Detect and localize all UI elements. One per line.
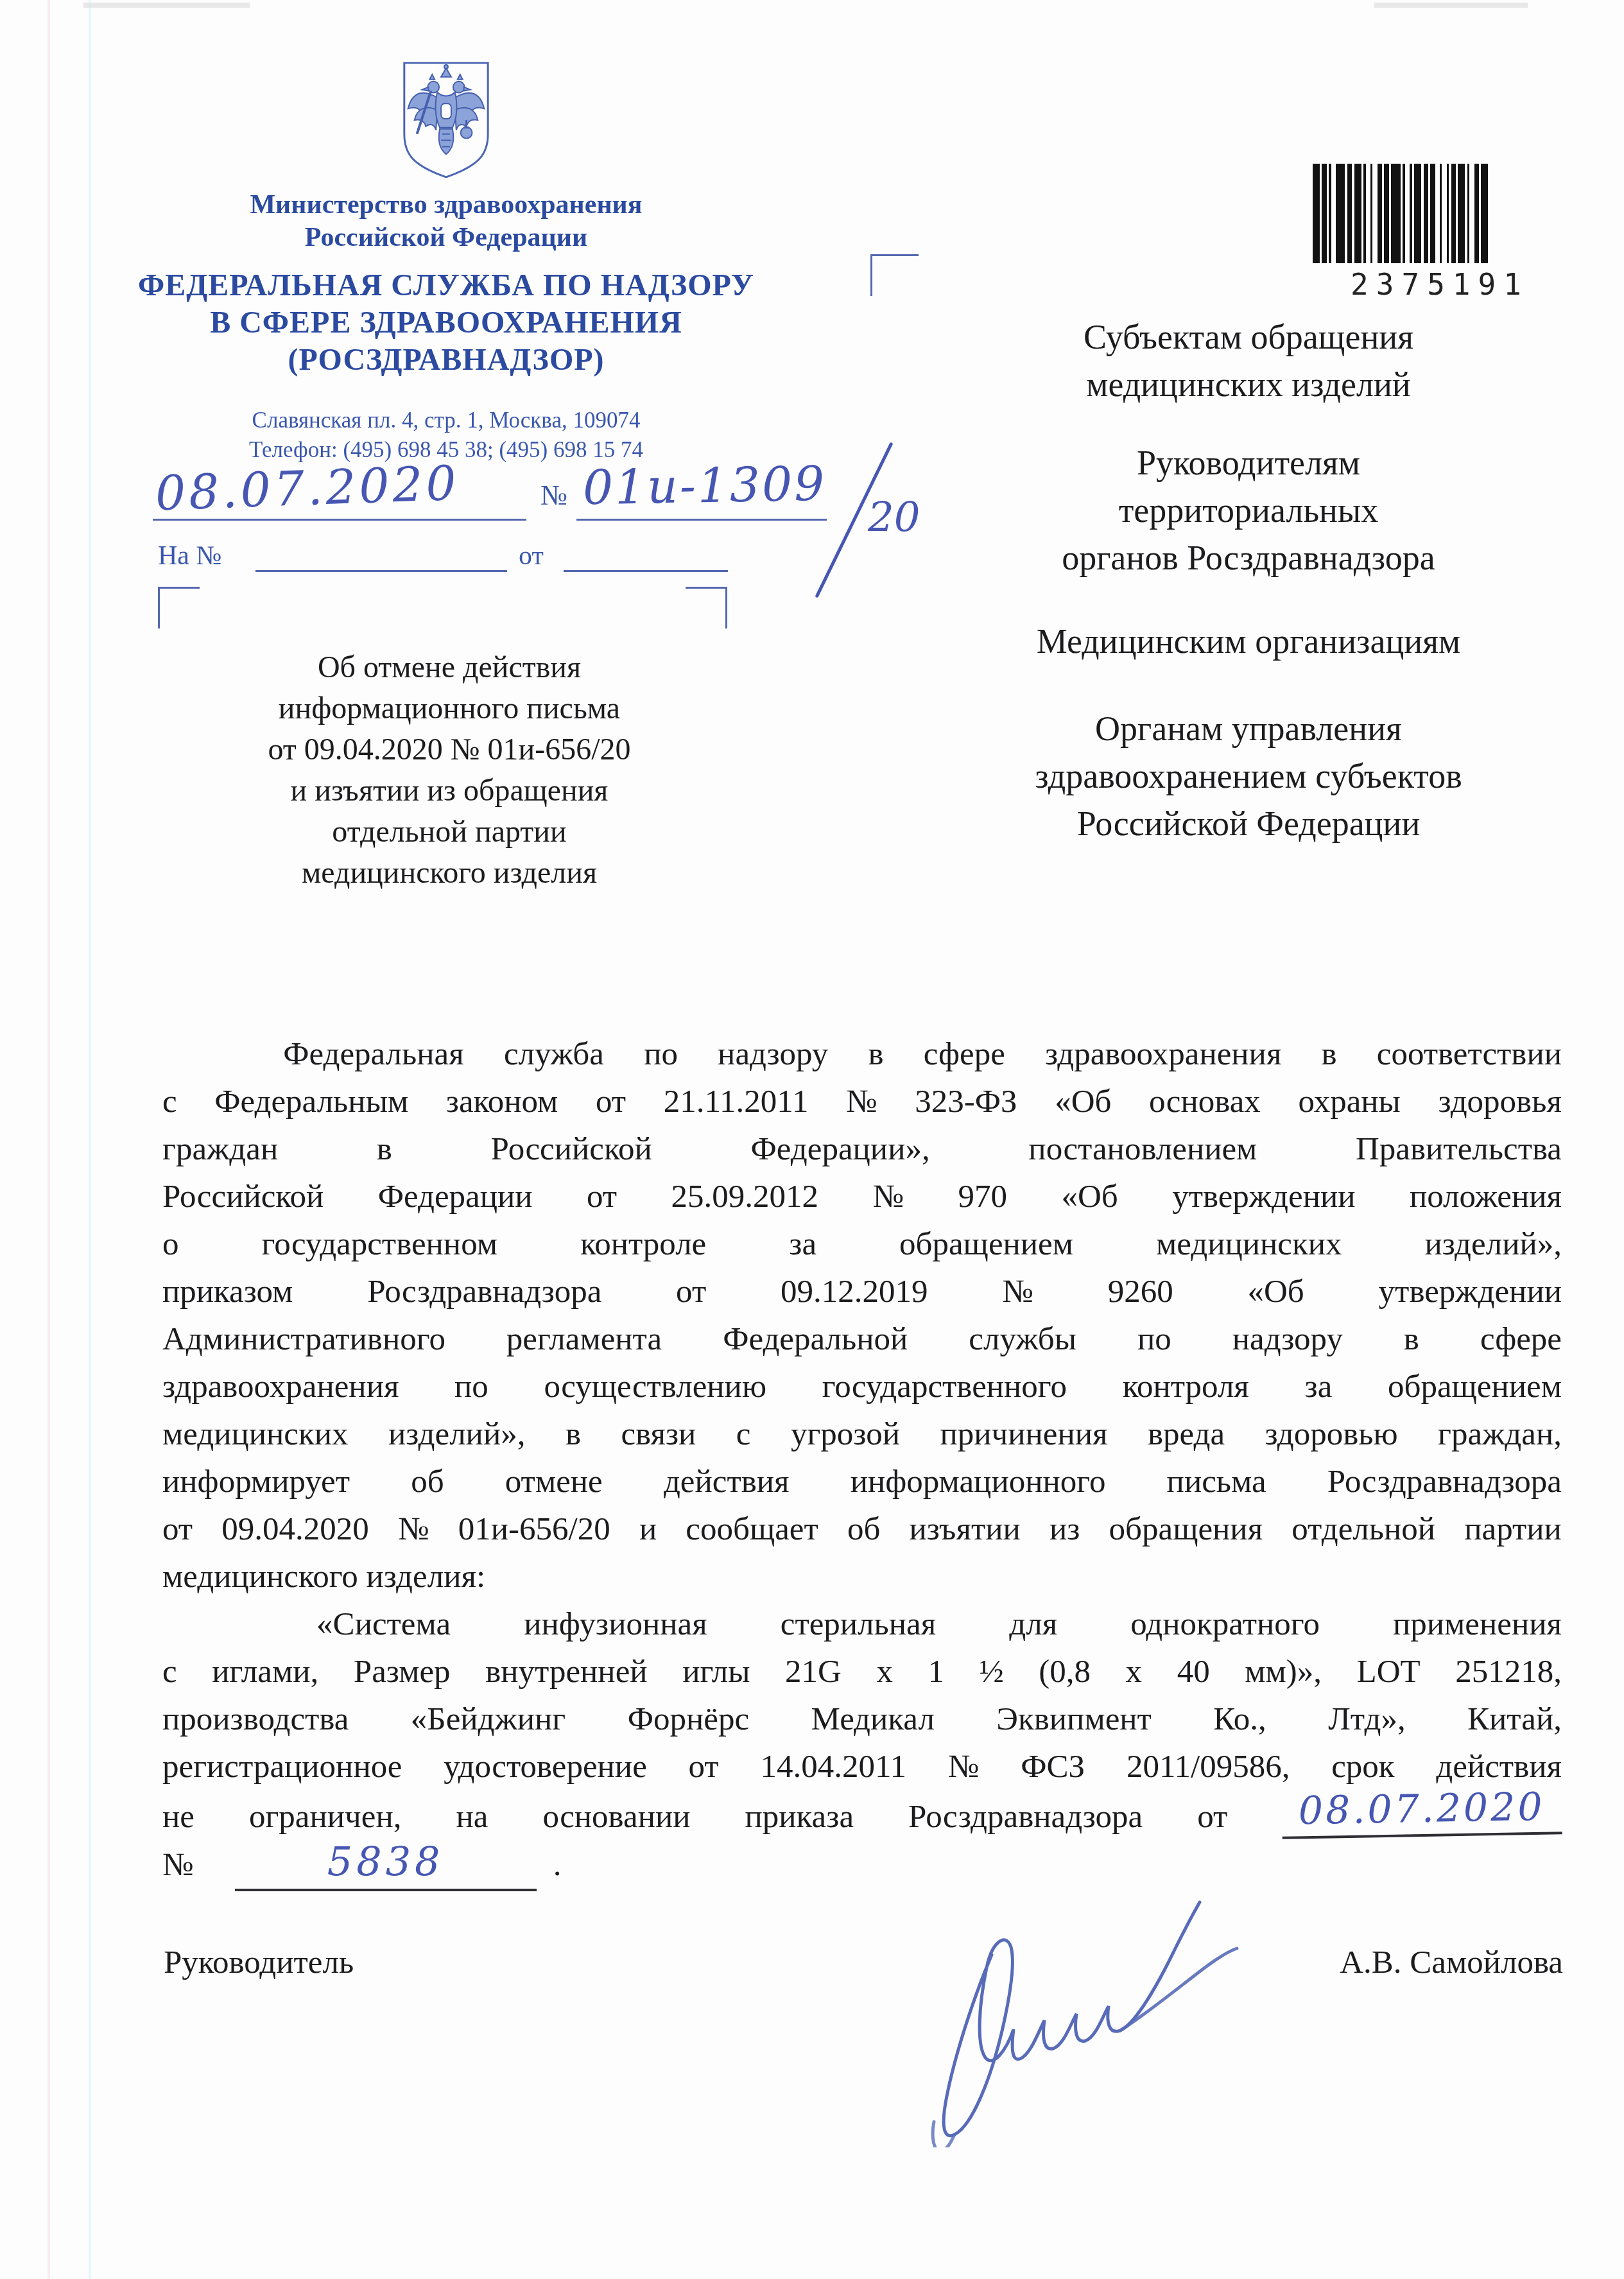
body-line: Федеральнаяслужбапонадзорувсферездравоох… (162, 1030, 1562, 1078)
subject-line: информационного письма (173, 688, 725, 729)
body-line: «Системаинфузионнаястерильнаядляоднократ… (162, 1600, 1562, 1648)
barcode-bar (1481, 164, 1488, 263)
barcode-bar (1336, 164, 1345, 263)
addressee-line: органов Росздравнадзора (902, 534, 1595, 582)
service-name-line3: (РОСЗДРАВНАДЗОР) (125, 342, 767, 379)
scan-artifact-line (89, 0, 91, 2279)
service-name-line2: В СФЕРЕ ЗДРАВООХРАНЕНИЯ (125, 304, 767, 342)
barcode-bar (1313, 164, 1320, 263)
addressee-line: здравоохранением субъектов (902, 752, 1595, 800)
order-number-blank: 5838 (235, 1838, 537, 1891)
barcode-gap (1469, 164, 1474, 263)
letterhead: Министерство здравоохранения Российской … (125, 59, 767, 465)
document-page: Министерство здравоохранения Российской … (0, 0, 1624, 2279)
number-underline (576, 519, 827, 521)
signer-name: А.В. Самойлова (1340, 1944, 1563, 1981)
barcode-gap (1331, 164, 1336, 263)
body-line: медицинского изделия: (162, 1553, 1562, 1600)
handwritten-date: 08.07.2020 (155, 456, 460, 521)
barcode-bar (1414, 164, 1421, 263)
reference-row: На № от (148, 541, 918, 579)
emblem-coat-of-arms-icon (395, 59, 497, 180)
body-line: огосударственномконтролезаобращениеммеди… (162, 1220, 1562, 1268)
barcode-bar (1430, 164, 1435, 263)
ref-number-label: На № (158, 541, 222, 571)
barcode-bar (1451, 164, 1456, 263)
subject-line: от 09.04.2020 № 01и-656/20 (173, 729, 725, 770)
barcode-bars (1313, 164, 1567, 263)
signer-position: Руководитель (164, 1944, 354, 1981)
body-line: информируетоботменедействияинформационно… (162, 1458, 1562, 1505)
subject-line: отдельной партии (173, 811, 725, 853)
barcode-bar (1474, 164, 1479, 263)
ministry-name-line1: Министерство здравоохранения (125, 189, 767, 221)
number-sign: № (540, 479, 567, 512)
addressee-line: Медицинским организациям (902, 618, 1595, 665)
subject-line: и изъятии из обращения (173, 770, 725, 811)
body-line: медицинскихизделий»,всвязисугрозойпричин… (162, 1410, 1562, 1458)
body-line: приказомРосздравнадзораот09.12.2019№9260… (162, 1268, 1562, 1315)
barcode-bar (1458, 164, 1465, 263)
handwritten-number: 01и-1309 (582, 456, 827, 516)
barcode-gap (1366, 164, 1370, 263)
body-line: гражданвРоссийскойФедерации»,постановлен… (162, 1125, 1562, 1173)
addressee-block: Медицинским организациям (902, 618, 1595, 665)
letterhead-address: Славянская пл. 4, стр. 1, Москва, 109074 (125, 406, 767, 435)
date-underline (153, 519, 526, 521)
handwritten-order-number: 5838 (327, 1838, 444, 1885)
number-sign: № (162, 1841, 194, 1889)
service-name-line1: ФЕДЕРАЛЬНАЯ СЛУЖБА ПО НАДЗОРУ (125, 267, 767, 304)
addressee-line: Субъектам обращения (902, 313, 1595, 361)
body-line: сиглами,Размервнутреннейиглы21Gх1½(0,8х4… (162, 1648, 1562, 1695)
body-line: от09.04.2020№01и-656/20исообщаетобизъяти… (162, 1505, 1562, 1553)
body-line-number-blank: №5838. (162, 1838, 1562, 1885)
barcode-bar (1354, 164, 1361, 263)
barcode-bar (1322, 164, 1326, 263)
addressee-line: Российской Федерации (902, 800, 1595, 847)
subject-corner-bracket-right (686, 587, 727, 628)
body-line: здравоохраненияпоосуществлениюгосударств… (162, 1363, 1562, 1410)
body-line: неограничен,наоснованииприказаРосздравна… (162, 1790, 1562, 1838)
barcode-bar (1424, 164, 1428, 263)
subject-block: Об отмене действияинформационного письма… (173, 647, 725, 894)
ref-from-blank (564, 570, 728, 572)
barcode-gap (1435, 164, 1440, 263)
addressee-corner-bracket (870, 254, 919, 296)
barcode-gap (1405, 164, 1410, 263)
addressee-line: Органам управления (902, 705, 1595, 752)
subject-line: медицинского изделия (173, 853, 725, 894)
addressee-block: Органам управленияздравоохранением субъе… (902, 705, 1595, 847)
barcode-bar (1347, 164, 1352, 263)
body-line: РоссийскойФедерацииот25.09.2012№970«Обут… (162, 1173, 1562, 1220)
barcode: 2375191 (1313, 164, 1567, 302)
outgoing-stamp-row: 08.07.2020 № 01и-1309 20 (148, 457, 918, 541)
body-line: АдминистративногорегламентаФедеральнойсл… (162, 1315, 1562, 1363)
body-text: Федеральнаяслужбапонадзорувсферездравоох… (162, 1030, 1562, 1885)
addressee-block: Субъектам обращениямедицинских изделий (902, 313, 1595, 408)
scan-artifact-smudge (1374, 3, 1528, 8)
subject-corner-bracket-left (158, 587, 200, 628)
body-line: регистрационноеудостоверениеот14.04.2011… (162, 1743, 1562, 1790)
ministry-name-line2: Российской Федерации (125, 221, 767, 254)
subject-line: Об отмене действия (173, 647, 725, 688)
barcode-gap (1372, 164, 1377, 263)
scan-artifact-line (48, 0, 50, 2279)
barcode-number: 2375191 (1313, 267, 1567, 302)
barcode-bar (1378, 164, 1382, 263)
ref-number-blank (255, 570, 507, 572)
ref-from-label: от (519, 541, 544, 571)
barcode-bar (1391, 164, 1400, 263)
addressee-line: территориальных (902, 487, 1595, 534)
body-line: производства«БейджингФорнёрсМедикалЭквип… (162, 1695, 1562, 1743)
body-line: сФедеральнымзакономот21.11.2011№323-ФЗ«О… (162, 1078, 1562, 1125)
handwritten-order-date: 08.07.2020 (1282, 1783, 1562, 1839)
period: . (553, 1841, 562, 1889)
barcode-gap (1442, 164, 1446, 263)
barcode-gap (1488, 164, 1492, 263)
addressee-line: Руководителям (902, 439, 1595, 487)
addressee-line: медицинских изделий (902, 361, 1595, 408)
signature-autograph (895, 1865, 1306, 2147)
barcode-bar (1384, 164, 1388, 263)
scan-artifact-smudge (83, 3, 250, 8)
addressee-block: Руководителямтерриториальныхорганов Росз… (902, 439, 1595, 582)
